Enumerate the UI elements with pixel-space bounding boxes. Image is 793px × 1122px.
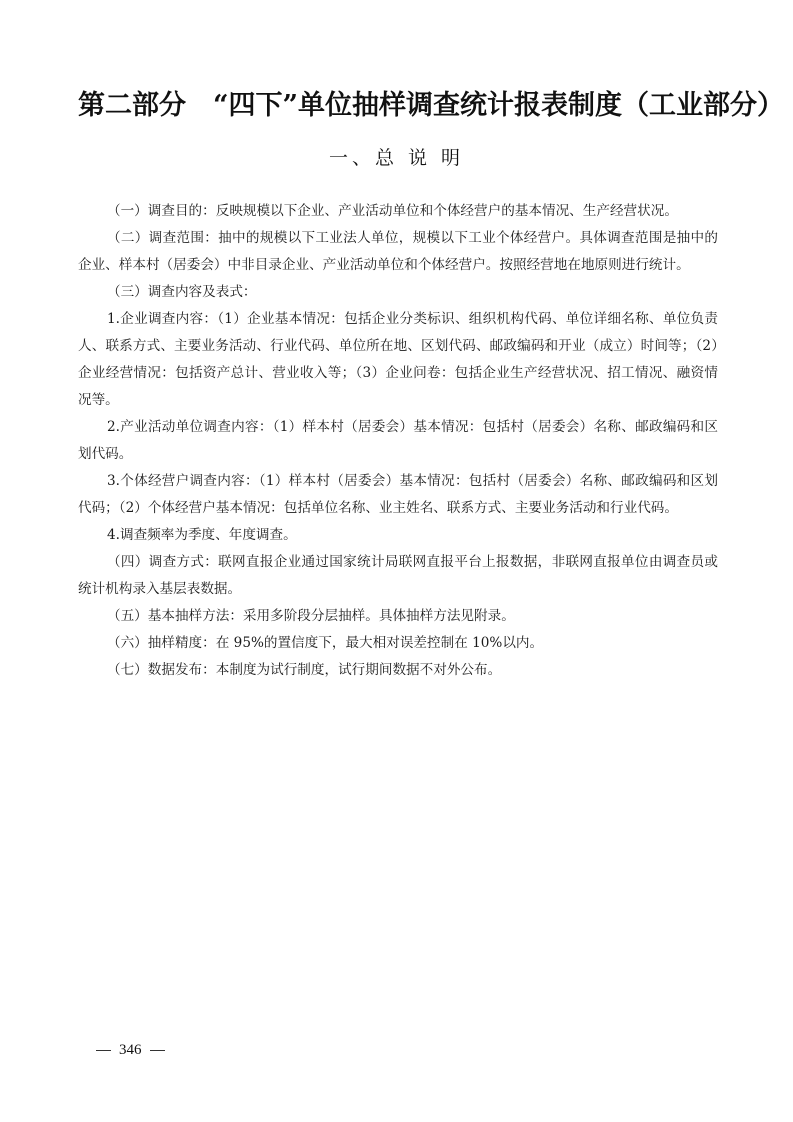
- paragraph-survey-method: （四）调查方式：联网直报企业通过国家统计局联网直报平台上报数据，非联网直报单位由…: [78, 549, 718, 603]
- paragraph-data-release: （七）数据发布：本制度为试行制度，试行期间数据不对外公布。: [78, 657, 718, 684]
- paragraph-sampling-precision: （六）抽样精度：在 95%的置信度下，最大相对误差控制在 10%以内。: [78, 630, 718, 657]
- body-text: （一）调查目的：反映规模以下企业、产业活动单位和个体经营户的基本情况、生产经营状…: [78, 198, 718, 684]
- paragraph-frequency: 4.调查频率为季度、年度调查。: [78, 522, 718, 549]
- paragraph-content-header: （三）调查内容及表式：: [78, 279, 718, 306]
- dash-left: [96, 1050, 111, 1051]
- dash-right: [150, 1050, 165, 1051]
- paragraph-sampling-method: （五）基本抽样方法：采用多阶段分层抽样。具体抽样方法见附录。: [78, 603, 718, 630]
- page-title: 第二部分 “四下”单位抽样调查统计报表制度（工业部分）: [78, 86, 718, 126]
- paragraph-enterprise-content: 1.企业调查内容：（1）企业基本情况：包括企业分类标识、组织机构代码、单位详细名…: [78, 306, 718, 414]
- paragraph-scope: （二）调查范围：抽中的规模以下工业法人单位，规模以下工业个体经营户。具体调查范围…: [78, 225, 718, 279]
- paragraph-individual-household-content: 3.个体经营户调查内容：（1）样本村（居委会）基本情况：包括村（居委会）名称、邮…: [78, 468, 718, 522]
- paragraph-activity-unit-content: 2.产业活动单位调查内容：（1）样本村（居委会）基本情况：包括村（居委会）名称、…: [78, 414, 718, 468]
- section-title: 一、总 说 明: [0, 143, 793, 173]
- page-number: 346: [119, 1042, 142, 1058]
- page-number-footer: 346: [88, 1040, 173, 1060]
- paragraph-purpose: （一）调查目的：反映规模以下企业、产业活动单位和个体经营户的基本情况、生产经营状…: [78, 198, 718, 225]
